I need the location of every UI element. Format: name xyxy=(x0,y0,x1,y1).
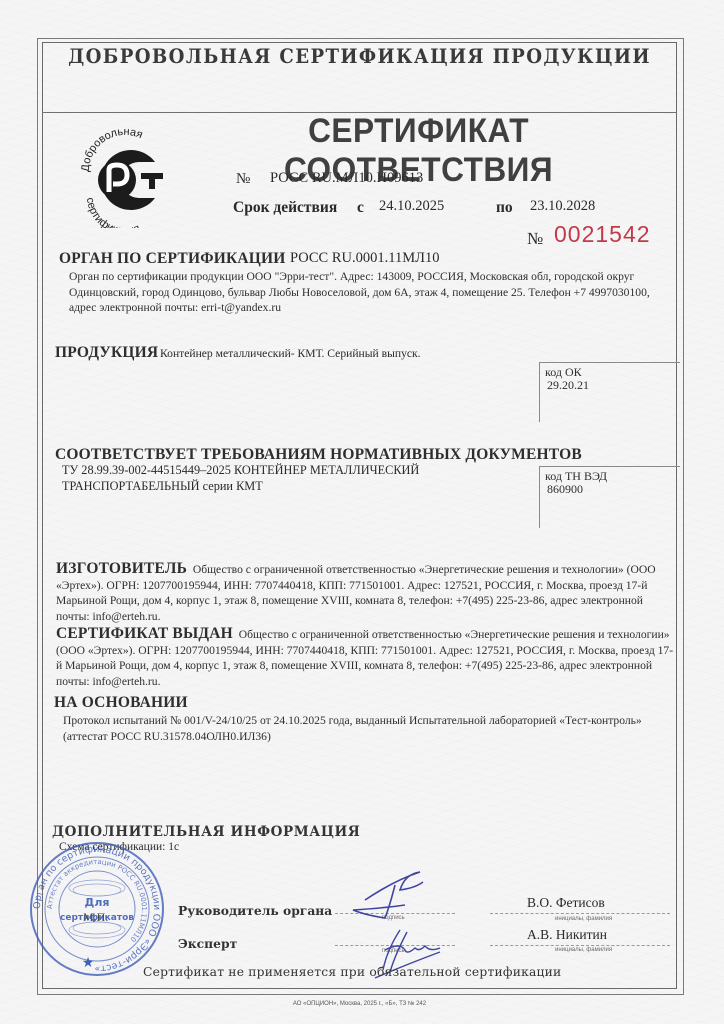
expert-name: А.В. Никитин xyxy=(527,927,607,943)
ok-code-box: код ОК 29.20.21 xyxy=(539,362,680,422)
svg-text:★: ★ xyxy=(82,956,95,971)
expert-label: Эксперт xyxy=(178,936,237,951)
tnved-code-box: код ТН ВЭД 860900 xyxy=(539,466,680,528)
head-of-body-label: Руководитель органа xyxy=(178,903,332,918)
product-description: Контейнер металлический- КМТ. Серийный в… xyxy=(160,347,421,360)
certification-body-details: Орган по сертификации продукции ООО "Эрр… xyxy=(69,269,679,316)
certificate-number-label: № xyxy=(236,171,250,188)
stamp-place-label: М.П. xyxy=(83,910,108,925)
head-of-body-name: В.О. Фетисов xyxy=(527,895,605,911)
validity-from-label: с xyxy=(357,199,364,217)
validity-date-to: 23.10.2028 xyxy=(530,198,595,215)
svg-text:Для: Для xyxy=(85,896,110,909)
standard-line-1: ТУ 28.99.39-002-44515449–2025 КОНТЕЙНЕР … xyxy=(62,462,419,478)
standard-line-2: ТРАНСПОРТАБЕЛЬНЫЙ серии КМТ xyxy=(62,478,419,494)
certification-body-stamp-icon: Орган по сертификации продукции ООО «Эрр… xyxy=(28,840,166,978)
expert-name-caption: инициалы, фамилия xyxy=(555,947,612,953)
tnved-code-value: 860900 xyxy=(545,483,680,496)
head-name-line xyxy=(490,913,670,914)
serial-number-label: № xyxy=(527,229,543,249)
certification-body-heading: ОРГАН ПО СЕРТИФИКАЦИИ xyxy=(59,250,286,268)
non-mandatory-notice: Сертификат не применяется при обязательн… xyxy=(143,965,561,979)
certificate-number: РОСС RU.МЛ10.Н09613 xyxy=(270,170,423,187)
issued-to-section: СЕРТИФИКАТ ВЫДАН Общество с ограниченной… xyxy=(56,626,676,689)
validity-label: Срок действия xyxy=(233,199,337,217)
printer-imprint: АО «ОПЦИОН», Москва, 2025 г., «Б», ТЗ № … xyxy=(42,1001,677,1007)
basis-details: Протокол испытаний № 001/V-24/10/25 от 2… xyxy=(63,713,675,744)
ok-code-value: 29.20.21 xyxy=(545,379,680,392)
issued-to-heading: СЕРТИФИКАТ ВЫДАН xyxy=(56,625,233,642)
expert-name-line xyxy=(490,945,670,946)
validity-to-label: по xyxy=(496,199,513,217)
manufacturer-heading: ИЗГОТОВИТЕЛЬ xyxy=(56,560,187,577)
additional-info-heading: ДОПОЛНИТЕЛЬНАЯ ИНФОРМАЦИЯ xyxy=(52,824,360,840)
serial-number: 0021542 xyxy=(554,221,651,248)
rst-logo-icon: Добровольная сертификация xyxy=(75,128,175,228)
manufacturer-section: ИЗГОТОВИТЕЛЬ Общество с ограниченной отв… xyxy=(56,561,676,624)
certification-body-code: РОСС RU.0001.11МЛ10 xyxy=(290,250,439,267)
voluntary-certification-title: ДОБРОВОЛЬНАЯ СЕРТИФИКАЦИЯ ПРОДУКЦИИ xyxy=(64,45,655,68)
product-heading: ПРОДУКЦИЯ xyxy=(55,344,158,362)
head-name-caption: инициалы, фамилия xyxy=(555,916,612,922)
standards-list: ТУ 28.99.39-002-44515449–2025 КОНТЕЙНЕР … xyxy=(62,462,419,494)
basis-heading: НА ОСНОВАНИИ xyxy=(54,694,188,712)
validity-date-from: 24.10.2025 xyxy=(379,198,444,215)
